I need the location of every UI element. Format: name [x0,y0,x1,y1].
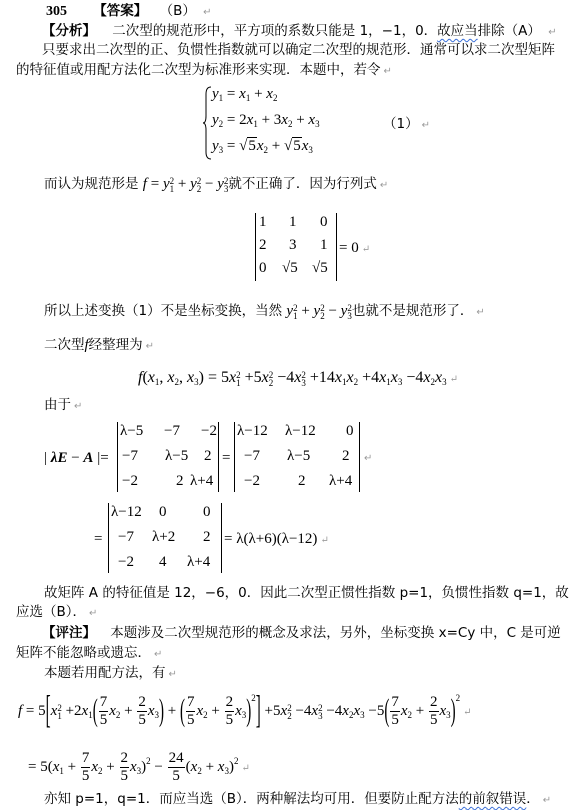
return-mark-icon: ↵ [476,307,484,318]
determinant-2b: λ−12 λ−12 0 −7 λ−5 2 −2 2 λ+4 [234,422,360,492]
equation-label: （1）↵ [383,115,430,135]
completing-square-line-1: f = 5[x21 +2x1(75x2 + 25x3) + (75x2 + 25… [18,691,472,735]
return-mark-icon: ↵ [380,180,388,191]
quadratic-form: f(x1, x2, x3) = 5x21 +5x22 −4x23 +14x1x2… [138,369,458,389]
equation-3: y3 = √5x2 + √5x3 [212,138,313,155]
spellcheck-squiggle: 故应当 [437,23,478,39]
determinant-2c: λ−12 0 0 −7 λ+2 2 −2 4 λ+4 [108,503,222,573]
return-mark-icon: ↵ [203,7,211,18]
return-mark-icon: ↵ [463,707,471,718]
return-mark-icon: ↵ [450,374,458,385]
analysis-line-2: 只要求出二次型的正、负惯性指数就可以确定二次型的规范形．通常可以求二次型矩阵 [42,41,555,59]
return-mark-icon: ↵ [548,27,556,38]
completing-square-line-2: = 5(x1 + 75x2 + 25x3)2 − 245(x2 + x3)2↵ [28,747,250,789]
comment-label: 【评注】 [42,625,96,641]
analysis-line-3: 的特征值或用配方法化二次型为标准形来实现．本题中，若令↵ [16,61,392,81]
return-mark-icon: ↵ [154,649,162,660]
equals-sign: = [222,449,230,467]
analysis-line-1: 【分析】 二次型的规范形中，平方项的系数只能是 1，−1，0．故应当排除（A） … [42,22,557,42]
final-line: 亦知 p=1，q=1．而应当选（B）．两种解法均可用．但要防止配方法的前叙错误．… [44,790,551,810]
determinant-1-result: = 0↵ [339,239,370,259]
comment-line-2: 矩阵不能忽略或遗忘．↵ [16,644,162,664]
return-mark-icon: ↵ [543,795,551,806]
text-canonical-wrong: 而认为规范形是 f = y21 + y22 − y23就不正确了．因为行列式↵ [44,175,388,195]
answer-value: （B） [160,3,196,19]
return-mark-icon: ↵ [74,401,82,412]
return-mark-icon: ↵ [384,66,392,77]
text-reorganize: 二次型f经整理为↵ [44,336,154,356]
comment-line-1: 【评注】 本题涉及二次型规范形的概念及求法，另外，坐标变换 x=Cy 中，C 是… [42,624,561,642]
eigen-line-1: 故矩阵 A 的特征值是 12，−6，0．因此二次型正惯性指数 p=1，负惯性指数… [44,584,569,602]
answer-line: 305 【答案】 （B） ↵ [46,2,212,22]
return-mark-icon: ↵ [146,341,154,352]
text-because: 由于↵ [44,396,82,416]
eigen-line-2: 应选（B）．↵ [16,603,97,623]
return-mark-icon: ↵ [169,669,177,680]
equation-2: y2 = 2x1 + 3x2 + x3 [212,112,320,129]
return-mark-icon: ↵ [422,120,430,131]
return-mark-icon: ↵ [241,763,249,774]
determinant-2a: λ−5 −7 −2 −7 λ−5 2 −2 2 λ+4 [117,422,219,492]
formula-canonical: f = y21 + y22 − y23 [143,176,229,192]
left-brace-icon [202,86,212,160]
answer-label: 【答案】 [93,3,147,19]
spellcheck-squiggle: 的前叙错误 [459,791,527,807]
formula-sum-squares: y21 + y22 − y23 [286,303,351,319]
char-poly-result: = λ(λ+6)(λ−12)↵ [224,530,329,550]
comment-line-3: 本题若用配方法，有↵ [44,664,177,684]
analysis-label: 【分析】 [42,23,96,39]
equals-sign-2: = [94,530,102,548]
char-poly-lhs: | λE − A |= [44,449,109,467]
return-mark-icon: ↵ [320,535,328,546]
equation-1: y1 = x1 + x2 [212,86,277,103]
return-mark-icon: ↵ [362,244,370,255]
problem-number: 305 [46,4,67,19]
return-mark-icon: ↵ [89,608,97,619]
return-mark-icon: ↵ [364,453,372,464]
determinant-1: 1 1 0 2 3 1 0 √5 √5 [255,213,337,281]
text-not-coordinate-transform: 所以上述变换（1）不是坐标变换，当然 y21 + y22 − y23也就不是规范… [44,302,485,322]
